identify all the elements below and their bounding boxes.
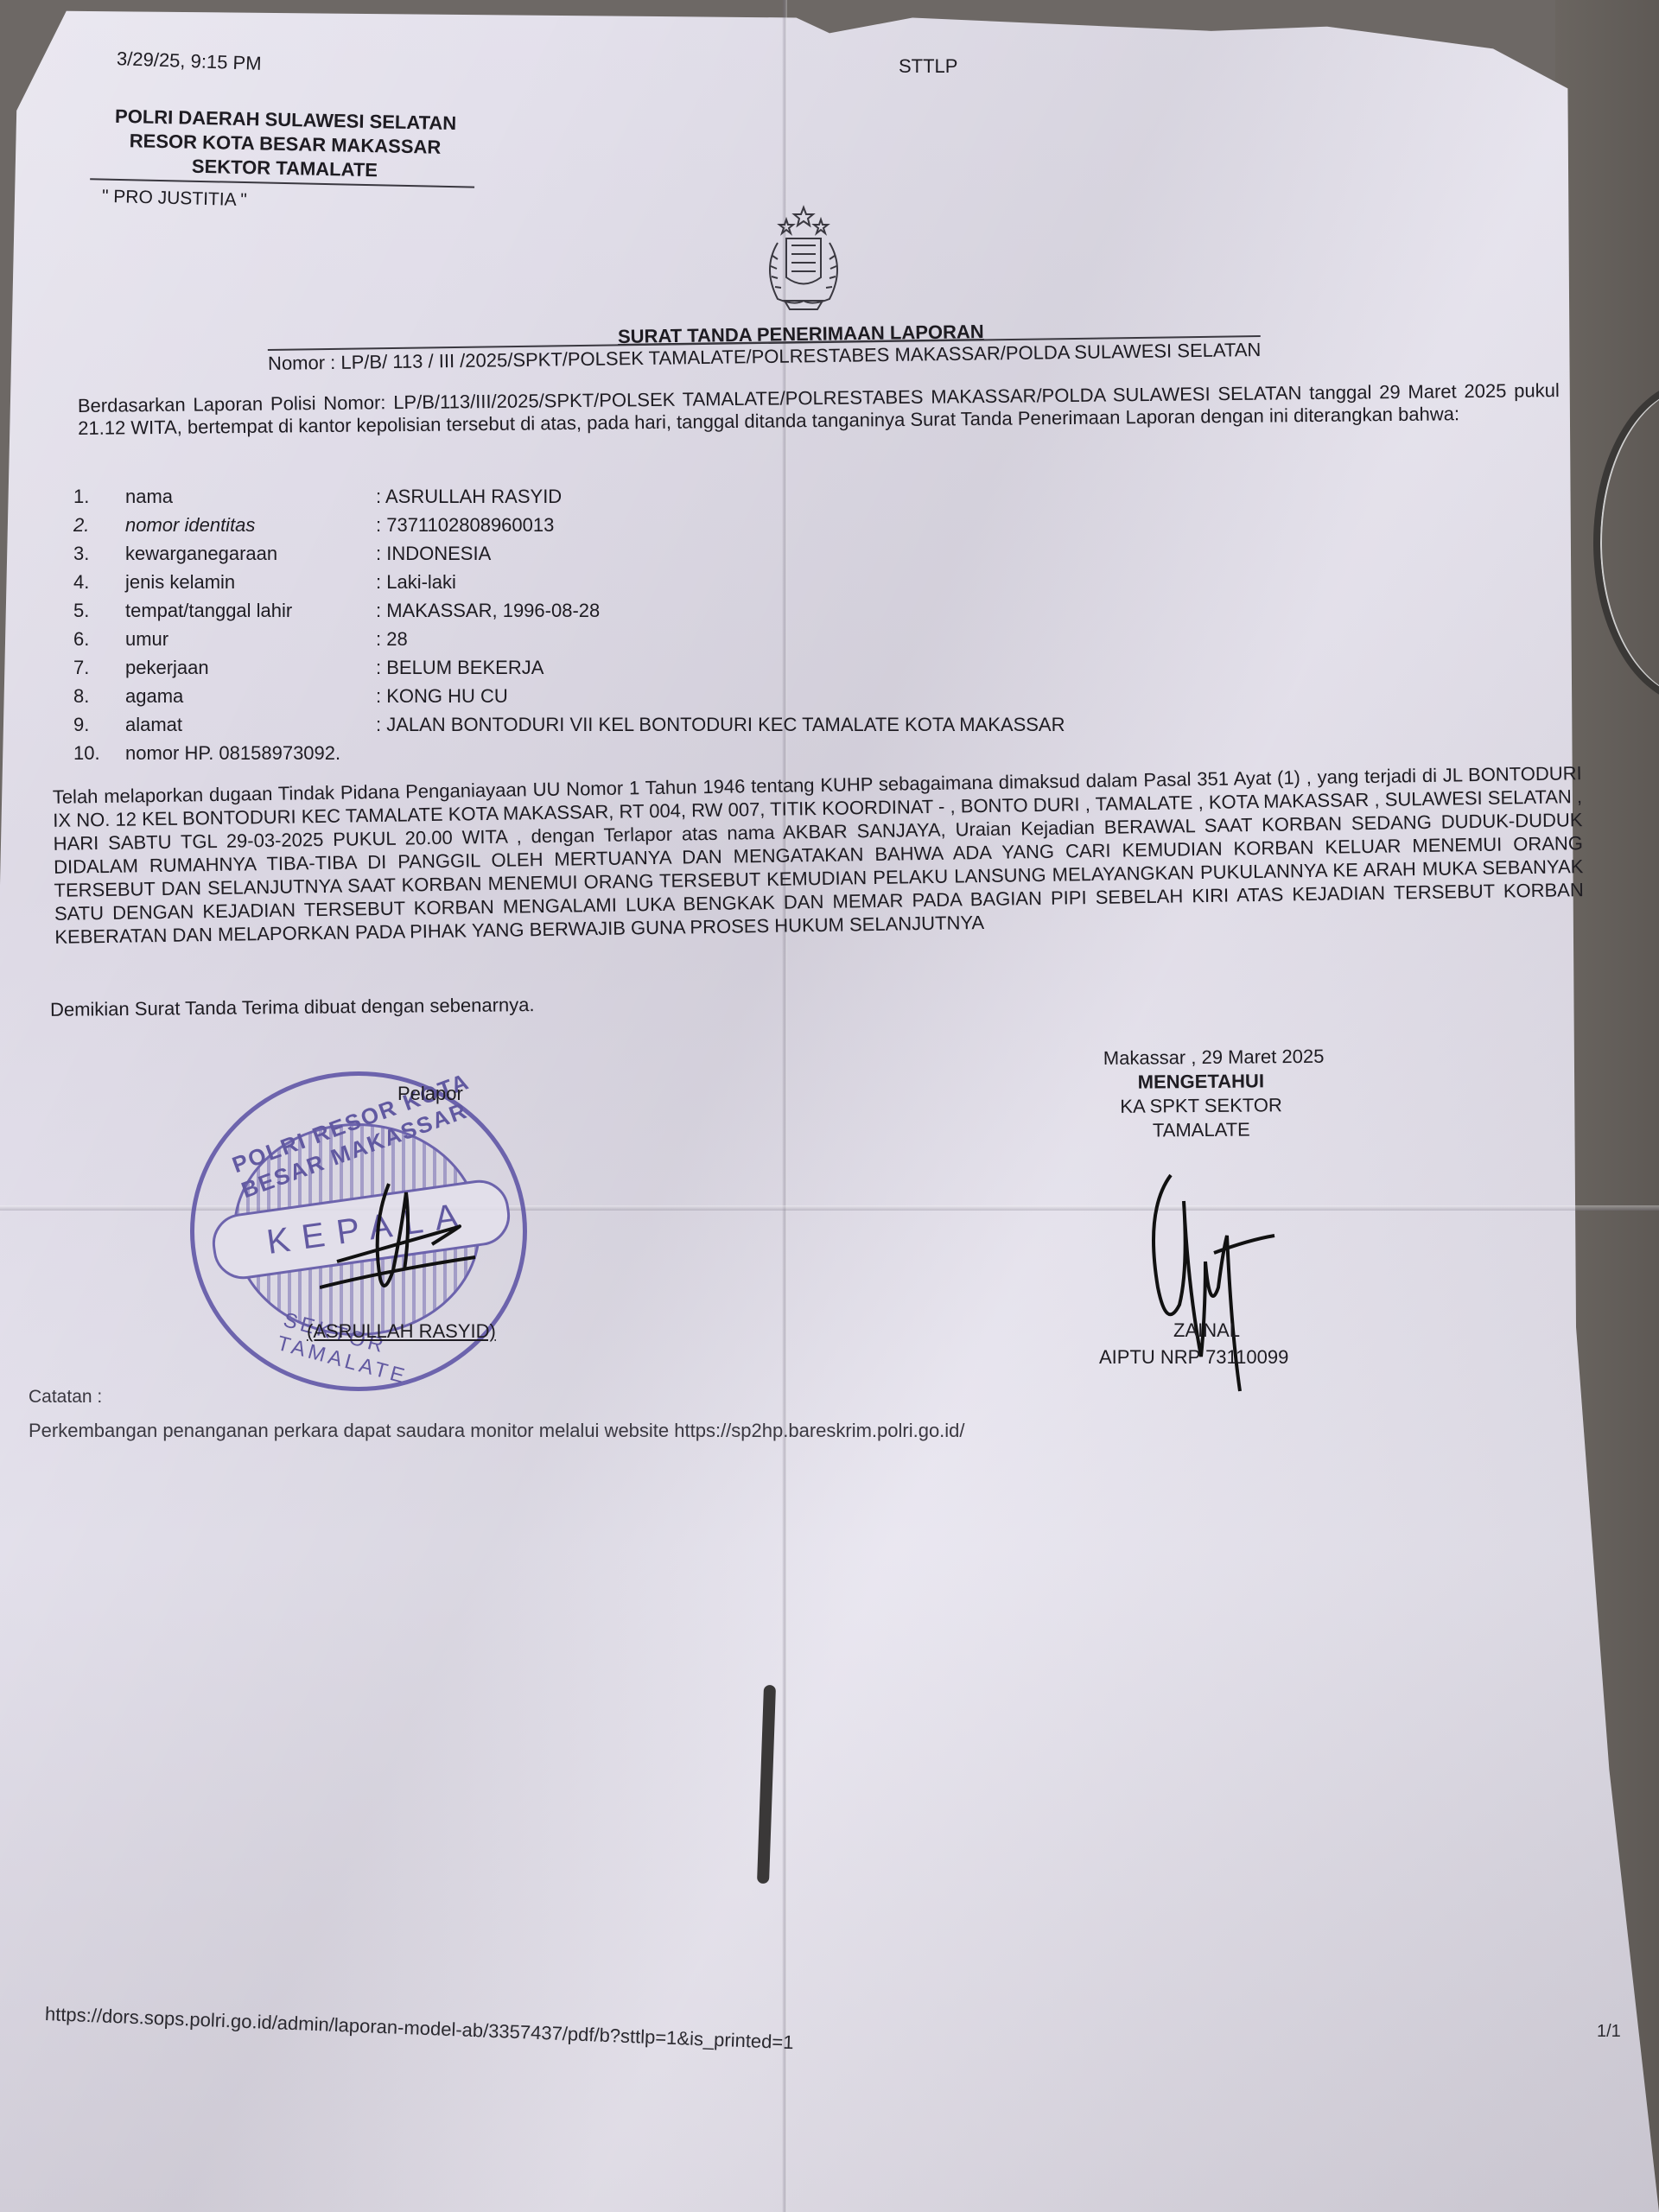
- pro-justitia: " PRO JUSTITIA ": [102, 187, 247, 211]
- field-row-age: 6. umur : 28: [73, 625, 1065, 653]
- field-row-citizenship: 3. kewarganegaraan : INDONESIA: [73, 539, 1065, 568]
- reporter-label: Pelapor: [397, 1083, 463, 1105]
- officer-position-line-2: TAMALATE: [1054, 1117, 1348, 1144]
- field-row-religion: 8. agama : KONG HU CU: [73, 682, 1065, 710]
- letterhead: POLRI DAERAH SULAWESI SELATAN RESOR KOTA…: [99, 105, 472, 190]
- note-text: Perkembangan penanganan perkara dapat sa…: [29, 1420, 965, 1442]
- field-row-name: 1. nama : ASRULLAH RASYID: [73, 482, 1065, 511]
- officer-position-line-1: KA SPKT SEKTOR: [1054, 1093, 1348, 1120]
- acknowledgement-block: Makassar , 29 Maret 2025 MENGETAHUI KA S…: [1054, 1045, 1349, 1144]
- document-code: STTLP: [899, 55, 957, 78]
- field-row-phone: 10. nomor HP. 08158973092.: [73, 739, 1065, 767]
- field-row-birth: 5. tempat/tanggal lahir : MAKASSAR, 1996…: [73, 596, 1065, 625]
- acknowledged-heading: MENGETAHUI: [1054, 1069, 1348, 1096]
- reporter-name: (ASRULLAH RASYID): [307, 1320, 496, 1343]
- signing-city-date: Makassar , 29 Maret 2025: [1080, 1045, 1348, 1071]
- footer-page-number: 1/1: [1597, 2022, 1621, 2042]
- officer-name: ZAINAL: [1173, 1319, 1240, 1342]
- field-row-address: 9. alamat : JALAN BONTODURI VII KEL BONT…: [73, 710, 1065, 739]
- reporter-identity-list: 1. nama : ASRULLAH RASYID 2. nomor ident…: [73, 482, 1065, 767]
- note-label: Catatan :: [29, 1387, 102, 1408]
- incident-report-paragraph: Telah melaporkan dugaan Tindak Pidana Pe…: [53, 761, 1585, 949]
- field-row-occupation: 7. pekerjaan : BELUM BEKERJA: [73, 653, 1065, 682]
- reporter-signature-icon: [320, 1175, 493, 1305]
- field-row-gender: 4. jenis kelamin : Laki-laki: [73, 568, 1065, 596]
- officer-rank-nrp: AIPTU NRP 73110099: [1099, 1346, 1288, 1369]
- field-row-id-number: 2. nomor identitas : 7371102808960013: [73, 511, 1065, 539]
- polri-emblem-icon: [752, 204, 855, 316]
